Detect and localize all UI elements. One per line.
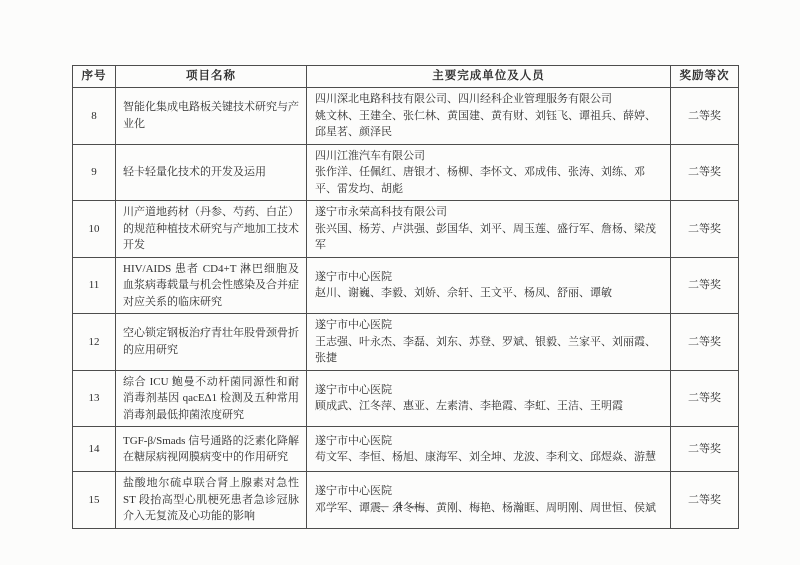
personnel-line: 赵川、谢巍、李毅、刘娇、佘轩、王文平、杨凤、舒丽、谭敏 <box>315 285 662 302</box>
personnel-line: 王志强、叶永杰、李磊、刘东、苏登、罗斌、银毅、兰家平、刘丽霞、张捷 <box>315 334 662 367</box>
row-serial-number: 10 <box>73 201 116 258</box>
award-table: 序号 项目名称 主要完成单位及人员 奖励等次 8 智能化集成电路板关键技术研究与… <box>72 65 739 529</box>
table-row: 8 智能化集成电路板关键技术研究与产业化 四川深北电路科技有限公司、四川经科企业… <box>73 88 739 145</box>
table-row: 13 综合 ICU 鲍曼不动杆菌同源性和耐消毒剂基因 qacEΔ1 检测及五种常… <box>73 370 739 427</box>
award-level-cell: 二等奖 <box>671 370 739 427</box>
award-level-cell: 二等奖 <box>671 88 739 145</box>
personnel-line: 张作洋、任佩红、唐银才、杨柳、李怀文、邓成伟、张涛、刘练、邓平、雷发均、胡彪 <box>315 164 662 197</box>
units-personnel-cell: 遂宁市永荣高科技有限公司 张兴国、杨芳、卢洪强、彭国华、刘平、周玉莲、盛行军、詹… <box>307 201 671 258</box>
table-header: 序号 项目名称 主要完成单位及人员 奖励等次 <box>73 66 739 88</box>
units-personnel-cell: 遂宁市中心医院 王志强、叶永杰、李磊、刘东、苏登、罗斌、银毅、兰家平、刘丽霞、张… <box>307 314 671 371</box>
units-personnel-cell: 遂宁市中心医院 赵川、谢巍、李毅、刘娇、佘轩、王文平、杨凤、舒丽、谭敏 <box>307 257 671 314</box>
unit-line: 四川深北电路科技有限公司、四川经科企业管理服务有限公司 <box>315 91 662 108</box>
project-name-cell: TGF-β/Smads 信号通路的泛素化降解在糖尿病视网膜病变中的作用研究 <box>116 427 307 472</box>
award-level-cell: 二等奖 <box>671 257 739 314</box>
units-personnel-cell: 四川深北电路科技有限公司、四川经科企业管理服务有限公司 姚文林、王建全、张仁林、… <box>307 88 671 145</box>
unit-line: 遂宁市中心医院 <box>315 317 662 334</box>
table-row: 9 轻卡轻量化技术的开发及运用 四川江淮汽车有限公司 张作洋、任佩红、唐银才、杨… <box>73 144 739 201</box>
award-level-cell: 二等奖 <box>671 427 739 472</box>
project-name-cell: 综合 ICU 鲍曼不动杆菌同源性和耐消毒剂基因 qacEΔ1 检测及五种常用消毒… <box>116 370 307 427</box>
header-award-level: 奖励等次 <box>671 66 739 88</box>
header-serial-number: 序号 <box>73 66 116 88</box>
row-serial-number: 8 <box>73 88 116 145</box>
header-units-personnel: 主要完成单位及人员 <box>307 66 671 88</box>
row-serial-number: 13 <box>73 370 116 427</box>
row-serial-number: 12 <box>73 314 116 371</box>
table-body: 8 智能化集成电路板关键技术研究与产业化 四川深北电路科技有限公司、四川经科企业… <box>73 88 739 529</box>
unit-line: 遂宁市中心医院 <box>315 269 662 286</box>
document-page: 序号 项目名称 主要完成单位及人员 奖励等次 8 智能化集成电路板关键技术研究与… <box>0 0 800 565</box>
project-name-cell: HIV/AIDS 患者 CD4+T 淋巴细胞及血浆病毒载量与机会性感染及合并症对… <box>116 257 307 314</box>
award-level-cell: 二等奖 <box>671 314 739 371</box>
units-personnel-cell: 四川江淮汽车有限公司 张作洋、任佩红、唐银才、杨柳、李怀文、邓成伟、张涛、刘练、… <box>307 144 671 201</box>
project-name-cell: 轻卡轻量化技术的开发及运用 <box>116 144 307 201</box>
header-project-name: 项目名称 <box>116 66 307 88</box>
project-name-cell: 智能化集成电路板关键技术研究与产业化 <box>116 88 307 145</box>
personnel-line: 姚文林、王建全、张仁林、黄国建、黄有财、刘钰飞、谭祖兵、薛婷、邱星茗、颜泽民 <box>315 108 662 141</box>
unit-line: 遂宁市永荣高科技有限公司 <box>315 204 662 221</box>
personnel-line: 顾成武、江冬萍、惠亚、左素清、李艳霞、李虹、王洁、王明霞 <box>315 398 662 415</box>
unit-line: 遂宁市中心医院 <box>315 433 662 450</box>
table-row: 10 川产道地药材（丹参、芍药、白芷）的规范种植技术研究与产地加工技术开发 遂宁… <box>73 201 739 258</box>
units-personnel-cell: 遂宁市中心医院 苟文军、李恒、杨旭、康海军、刘全坤、龙波、李利文、邱煜焱、游慧 <box>307 427 671 472</box>
personnel-line: 张兴国、杨芳、卢洪强、彭国华、刘平、周玉莲、盛行军、詹杨、梁茂军 <box>315 221 662 254</box>
table-row: 11 HIV/AIDS 患者 CD4+T 淋巴细胞及血浆病毒载量与机会性感染及合… <box>73 257 739 314</box>
units-personnel-cell: 遂宁市中心医院 顾成武、江冬萍、惠亚、左素清、李艳霞、李虹、王洁、王明霞 <box>307 370 671 427</box>
row-serial-number: 9 <box>73 144 116 201</box>
row-serial-number: 14 <box>73 427 116 472</box>
unit-line: 四川江淮汽车有限公司 <box>315 148 662 165</box>
project-name-cell: 川产道地药材（丹参、芍药、白芷）的规范种植技术研究与产地加工技术开发 <box>116 201 307 258</box>
project-name-cell: 空心锁定钢板治疗青壮年股骨颈骨折的应用研究 <box>116 314 307 371</box>
page-number: — 4 — <box>0 498 800 514</box>
row-serial-number: 11 <box>73 257 116 314</box>
personnel-line: 苟文军、李恒、杨旭、康海军、刘全坤、龙波、李利文、邱煜焱、游慧 <box>315 449 662 466</box>
award-level-cell: 二等奖 <box>671 144 739 201</box>
unit-line: 遂宁市中心医院 <box>315 382 662 399</box>
header-row: 序号 项目名称 主要完成单位及人员 奖励等次 <box>73 66 739 88</box>
table-row: 14 TGF-β/Smads 信号通路的泛素化降解在糖尿病视网膜病变中的作用研究… <box>73 427 739 472</box>
table-row: 12 空心锁定钢板治疗青壮年股骨颈骨折的应用研究 遂宁市中心医院 王志强、叶永杰… <box>73 314 739 371</box>
award-level-cell: 二等奖 <box>671 201 739 258</box>
